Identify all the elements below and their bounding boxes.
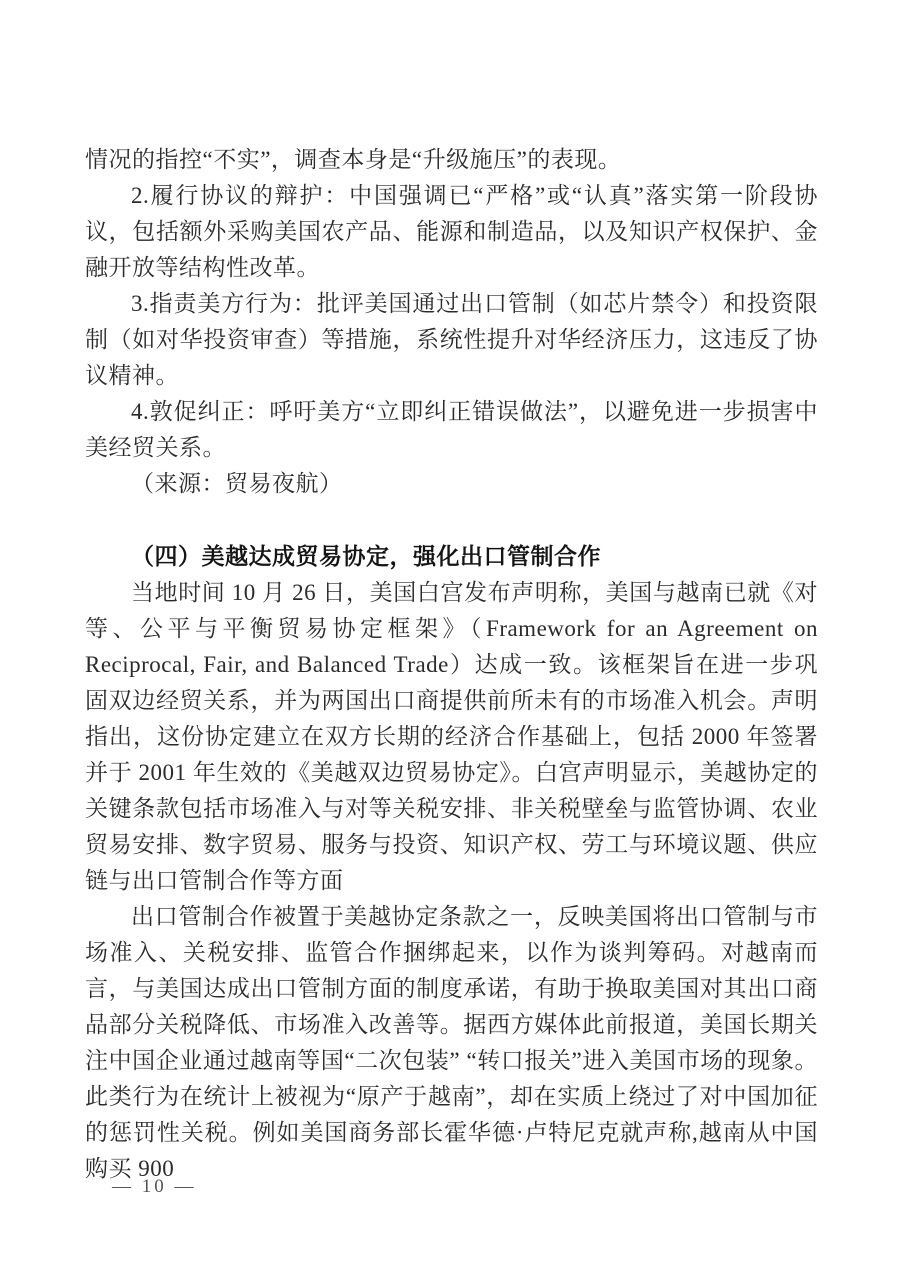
paragraph-export-control-analysis: 出口管制合作被置于美越协定条款之一，反映美国将出口管制与市场准入、关税安排、监管…	[85, 899, 818, 1187]
section-heading: （四）美越达成贸易协定，强化出口管制合作	[85, 539, 818, 575]
paragraph-item-2: 2.履行协议的辩护：中国强调已“严格”或“认真”落实第一阶段协议，包括额外采购美…	[85, 178, 818, 286]
paragraph-source-note: （来源：贸易夜航）	[85, 466, 818, 502]
paragraph-continuation: 情况的指控“不实”，调查本身是“升级施压”的表现。	[85, 142, 818, 178]
paragraph-item-4: 4.敦促纠正：呼吁美方“立即纠正错误做法”，以避免进一步损害中美经贸关系。	[85, 394, 818, 466]
paragraph-us-vietnam-framework: 当地时间 10 月 26 日，美国白宫发布声明称，美国与越南已就《对等、公平与平…	[85, 575, 818, 899]
paragraph-item-3: 3.指责美方行为：批评美国通过出口管制（如芯片禁令）和投资限制（如对华投资审查）…	[85, 286, 818, 394]
page-number: — 10 —	[112, 1176, 197, 1198]
document-page: 情况的指控“不实”，调查本身是“升级施压”的表现。 2.履行协议的辩护：中国强调…	[0, 0, 900, 1272]
document-body: 情况的指控“不实”，调查本身是“升级施压”的表现。 2.履行协议的辩护：中国强调…	[85, 142, 818, 1187]
